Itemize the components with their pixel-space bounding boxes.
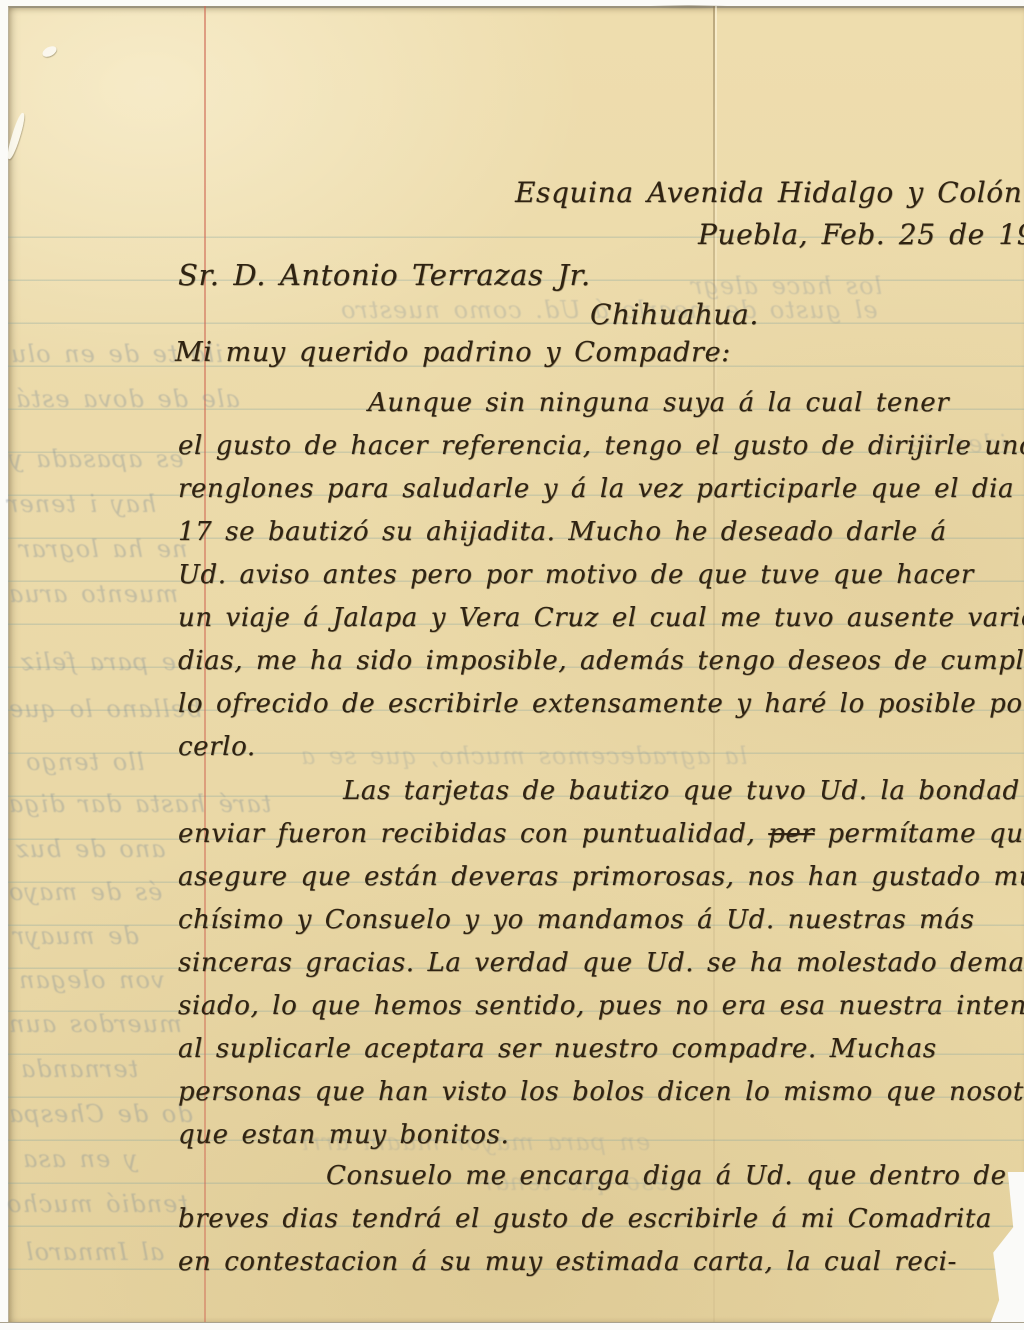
- bleedthrough-text: muerdos aun: [8, 1010, 182, 1038]
- bleedthrough-text: ternanda: [20, 1055, 138, 1083]
- letter-paragraph-1: Aunque sin ninguna suya á la cual tener …: [178, 382, 1024, 769]
- letter-line: 17 se bautizó su ahijadita. Mucho he des…: [178, 511, 1024, 554]
- bleedthrough-text: és de mayo: [8, 878, 162, 906]
- letter-line: asegure que están deveras primorosas, no…: [178, 856, 1024, 899]
- letter-paragraph-3: Consuelo me encarga diga á Ud. que dentr…: [178, 1155, 1024, 1284]
- letter-line: que estan muy bonitos.: [178, 1114, 1024, 1157]
- letter-line: sinceras gracias. La verdad que Ud. se h…: [178, 942, 1024, 985]
- letter-line: un viaje á Jalapa y Vera Cruz el cual me…: [178, 597, 1024, 640]
- letter-paragraph-2: Las tarjetas de bautizo que tuvo Ud. la …: [178, 770, 1024, 1157]
- bleedthrough-text: de muayr: [12, 922, 139, 950]
- letter-recipient-city: Chihuahua.: [590, 298, 759, 331]
- letter-line: cerlo.: [178, 726, 1024, 769]
- letter-line: Consuelo me encarga diga á Ud. que dentr…: [178, 1155, 1024, 1198]
- letter-line: breves dias tendrá el gusto de escribirl…: [178, 1198, 1024, 1241]
- paper-bottom-edge: [0, 1322, 1024, 1330]
- letter-line: Aunque sin ninguna suya á la cual tener: [178, 382, 1024, 425]
- bleedthrough-text: von olegan: [18, 966, 165, 994]
- scanned-letter-page: los hace alegr el gusto de mearlo á Ud. …: [0, 0, 1024, 1330]
- letter-line-with-strikethrough: enviar fueron recibidas con puntualidad,…: [178, 813, 1024, 856]
- struck-out-word: per: [768, 819, 814, 849]
- bleedthrough-text: ano de buz: [15, 835, 166, 863]
- bleedthrough-text: es apasada y: [8, 445, 184, 473]
- letter-line: el gusto de hacer referencia, tengo el g…: [178, 425, 1024, 468]
- bleedthrough-text: do de Chespa: [8, 1100, 193, 1128]
- bleedthrough-text: ne ha lograr: [18, 535, 187, 563]
- letter-address-line: Esquina Avenida Hidalgo y Colón.: [515, 176, 1024, 209]
- bleedthrough-text: al Imnarol: [25, 1238, 164, 1266]
- bleedthrough-text: hay i tener: [6, 490, 156, 518]
- letter-line: personas que han visto los bolos dicen l…: [178, 1071, 1024, 1114]
- bleedthrough-text: y en asa: [22, 1145, 137, 1173]
- letter-line: chísimo y Consuelo y yo mandamos á Ud. n…: [178, 899, 1024, 942]
- bleedthrough-text: e para feliz: [20, 648, 176, 676]
- bleedthrough-text: muento arua: [8, 580, 178, 608]
- letter-line: lo ofrecido de escribirle extensamente y…: [178, 683, 1024, 726]
- letter-salutation: Mi muy querido padrino y Compadre:: [175, 337, 731, 368]
- letter-date-line: Puebla, Feb. 25 de 1904.: [698, 218, 1024, 251]
- letter-line: dias, me ha sido imposible, además tengo…: [178, 640, 1024, 683]
- letter-line: Las tarjetas de bautizo que tuvo Ud. la …: [178, 770, 1024, 813]
- letter-line: al suplicarle aceptara ser nuestro compa…: [178, 1028, 1024, 1071]
- letter-line: Ud. aviso antes pero por motivo de que t…: [178, 554, 1024, 597]
- bleedthrough-text: llo tengo: [25, 748, 145, 776]
- bleedthrough-text: tendió mucho: [6, 1190, 188, 1218]
- letter-line: en contestacion á su muy estimada carta,…: [178, 1241, 1024, 1284]
- letter-text: enviar fueron recibidas con puntualidad,: [178, 819, 768, 849]
- letter-recipient-name: Sr. D. Antonio Terrazas Jr.: [178, 258, 591, 292]
- bleedthrough-text: bellano lo que: [8, 695, 202, 723]
- top-edge-nick: [650, 5, 728, 10]
- letter-line: siado, lo que hemos sentido, pues no era…: [178, 985, 1024, 1028]
- letter-line: renglones para saludarle y á la vez part…: [178, 468, 1024, 511]
- letter-text: permítame que le: [814, 819, 1024, 849]
